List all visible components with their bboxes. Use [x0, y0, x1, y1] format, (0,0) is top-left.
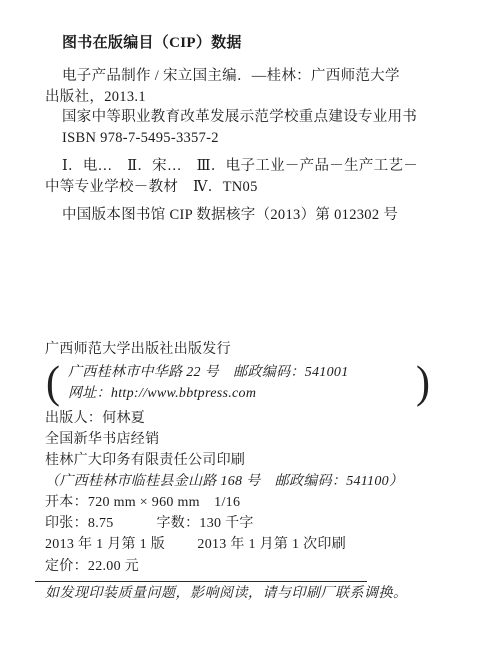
publisher-address-group: ( 广西桂林市中华路 22 号 邮政编码：541001 网址：http://ww…	[46, 362, 462, 404]
cip-series-line: 国家中等职业教育改革发展示范学校重点建设专业用书	[45, 107, 462, 128]
publisher-line: 广西师范大学出版社出版发行	[45, 339, 462, 360]
footer-divider	[35, 581, 367, 582]
publisher-website: 网址：http://www.bbtpress.com	[68, 383, 416, 404]
copyright-page: 图书在版编目（CIP）数据 电子产品制作 / 宋立国主编．—桂林：广西师范大学 …	[0, 0, 500, 653]
format-line: 开本：720 mm × 960 mm 1/16	[45, 492, 462, 513]
cip-classification-line-1: Ⅰ．电… Ⅱ．宋… Ⅲ．电子工业－产品－生产工艺－	[45, 156, 462, 177]
distribution-line: 全国新华书店经销	[45, 429, 462, 450]
publication-info-block: 广西师范大学出版社出版发行 ( 广西桂林市中华路 22 号 邮政编码：54100…	[45, 339, 462, 577]
publisher-person-line: 出版人：何林夏	[45, 408, 462, 429]
left-paren: (	[46, 361, 60, 404]
price-line: 定价：22.00 元	[45, 556, 462, 577]
cip-heading: 图书在版编目（CIP）数据	[45, 33, 462, 54]
printer-line: 桂林广大印务有限责任公司印刷	[45, 450, 462, 471]
quality-note-footer: 如发现印装质量问题，影响阅读，请与印刷厂联系调换。	[45, 581, 462, 604]
cip-classification-line-2: 中等专业学校－教材 Ⅳ．TN05	[45, 177, 462, 198]
edition-line: 2013 年 1 月第 1 版 2013 年 1 月第 1 次印刷	[45, 534, 462, 555]
cip-title-line-1: 电子产品制作 / 宋立国主编．—桂林：广西师范大学	[45, 66, 462, 87]
cip-title-line-2: 出版社，2013.1	[45, 87, 462, 108]
sheets-line: 印张：8.75 字数：130 千字	[45, 513, 462, 534]
cip-record-number: 中国版本图书馆 CIP 数据核字（2013）第 012302 号	[45, 205, 462, 226]
cip-data-block: 图书在版编目（CIP）数据 电子产品制作 / 宋立国主编．—桂林：广西师范大学 …	[45, 33, 462, 226]
publisher-address: 广西桂林市中华路 22 号 邮政编码：541001	[68, 362, 416, 383]
quality-note: 如发现印装质量问题，影响阅读，请与印刷厂联系调换。	[45, 584, 462, 604]
publisher-address-content: 广西桂林市中华路 22 号 邮政编码：541001 网址：http://www.…	[60, 362, 416, 404]
right-paren: )	[416, 361, 430, 404]
cip-isbn: ISBN 978-7-5495-3357-2	[45, 128, 462, 149]
printer-address-line: （广西桂林市临桂县金山路 168 号 邮政编码：541100）	[45, 471, 462, 492]
